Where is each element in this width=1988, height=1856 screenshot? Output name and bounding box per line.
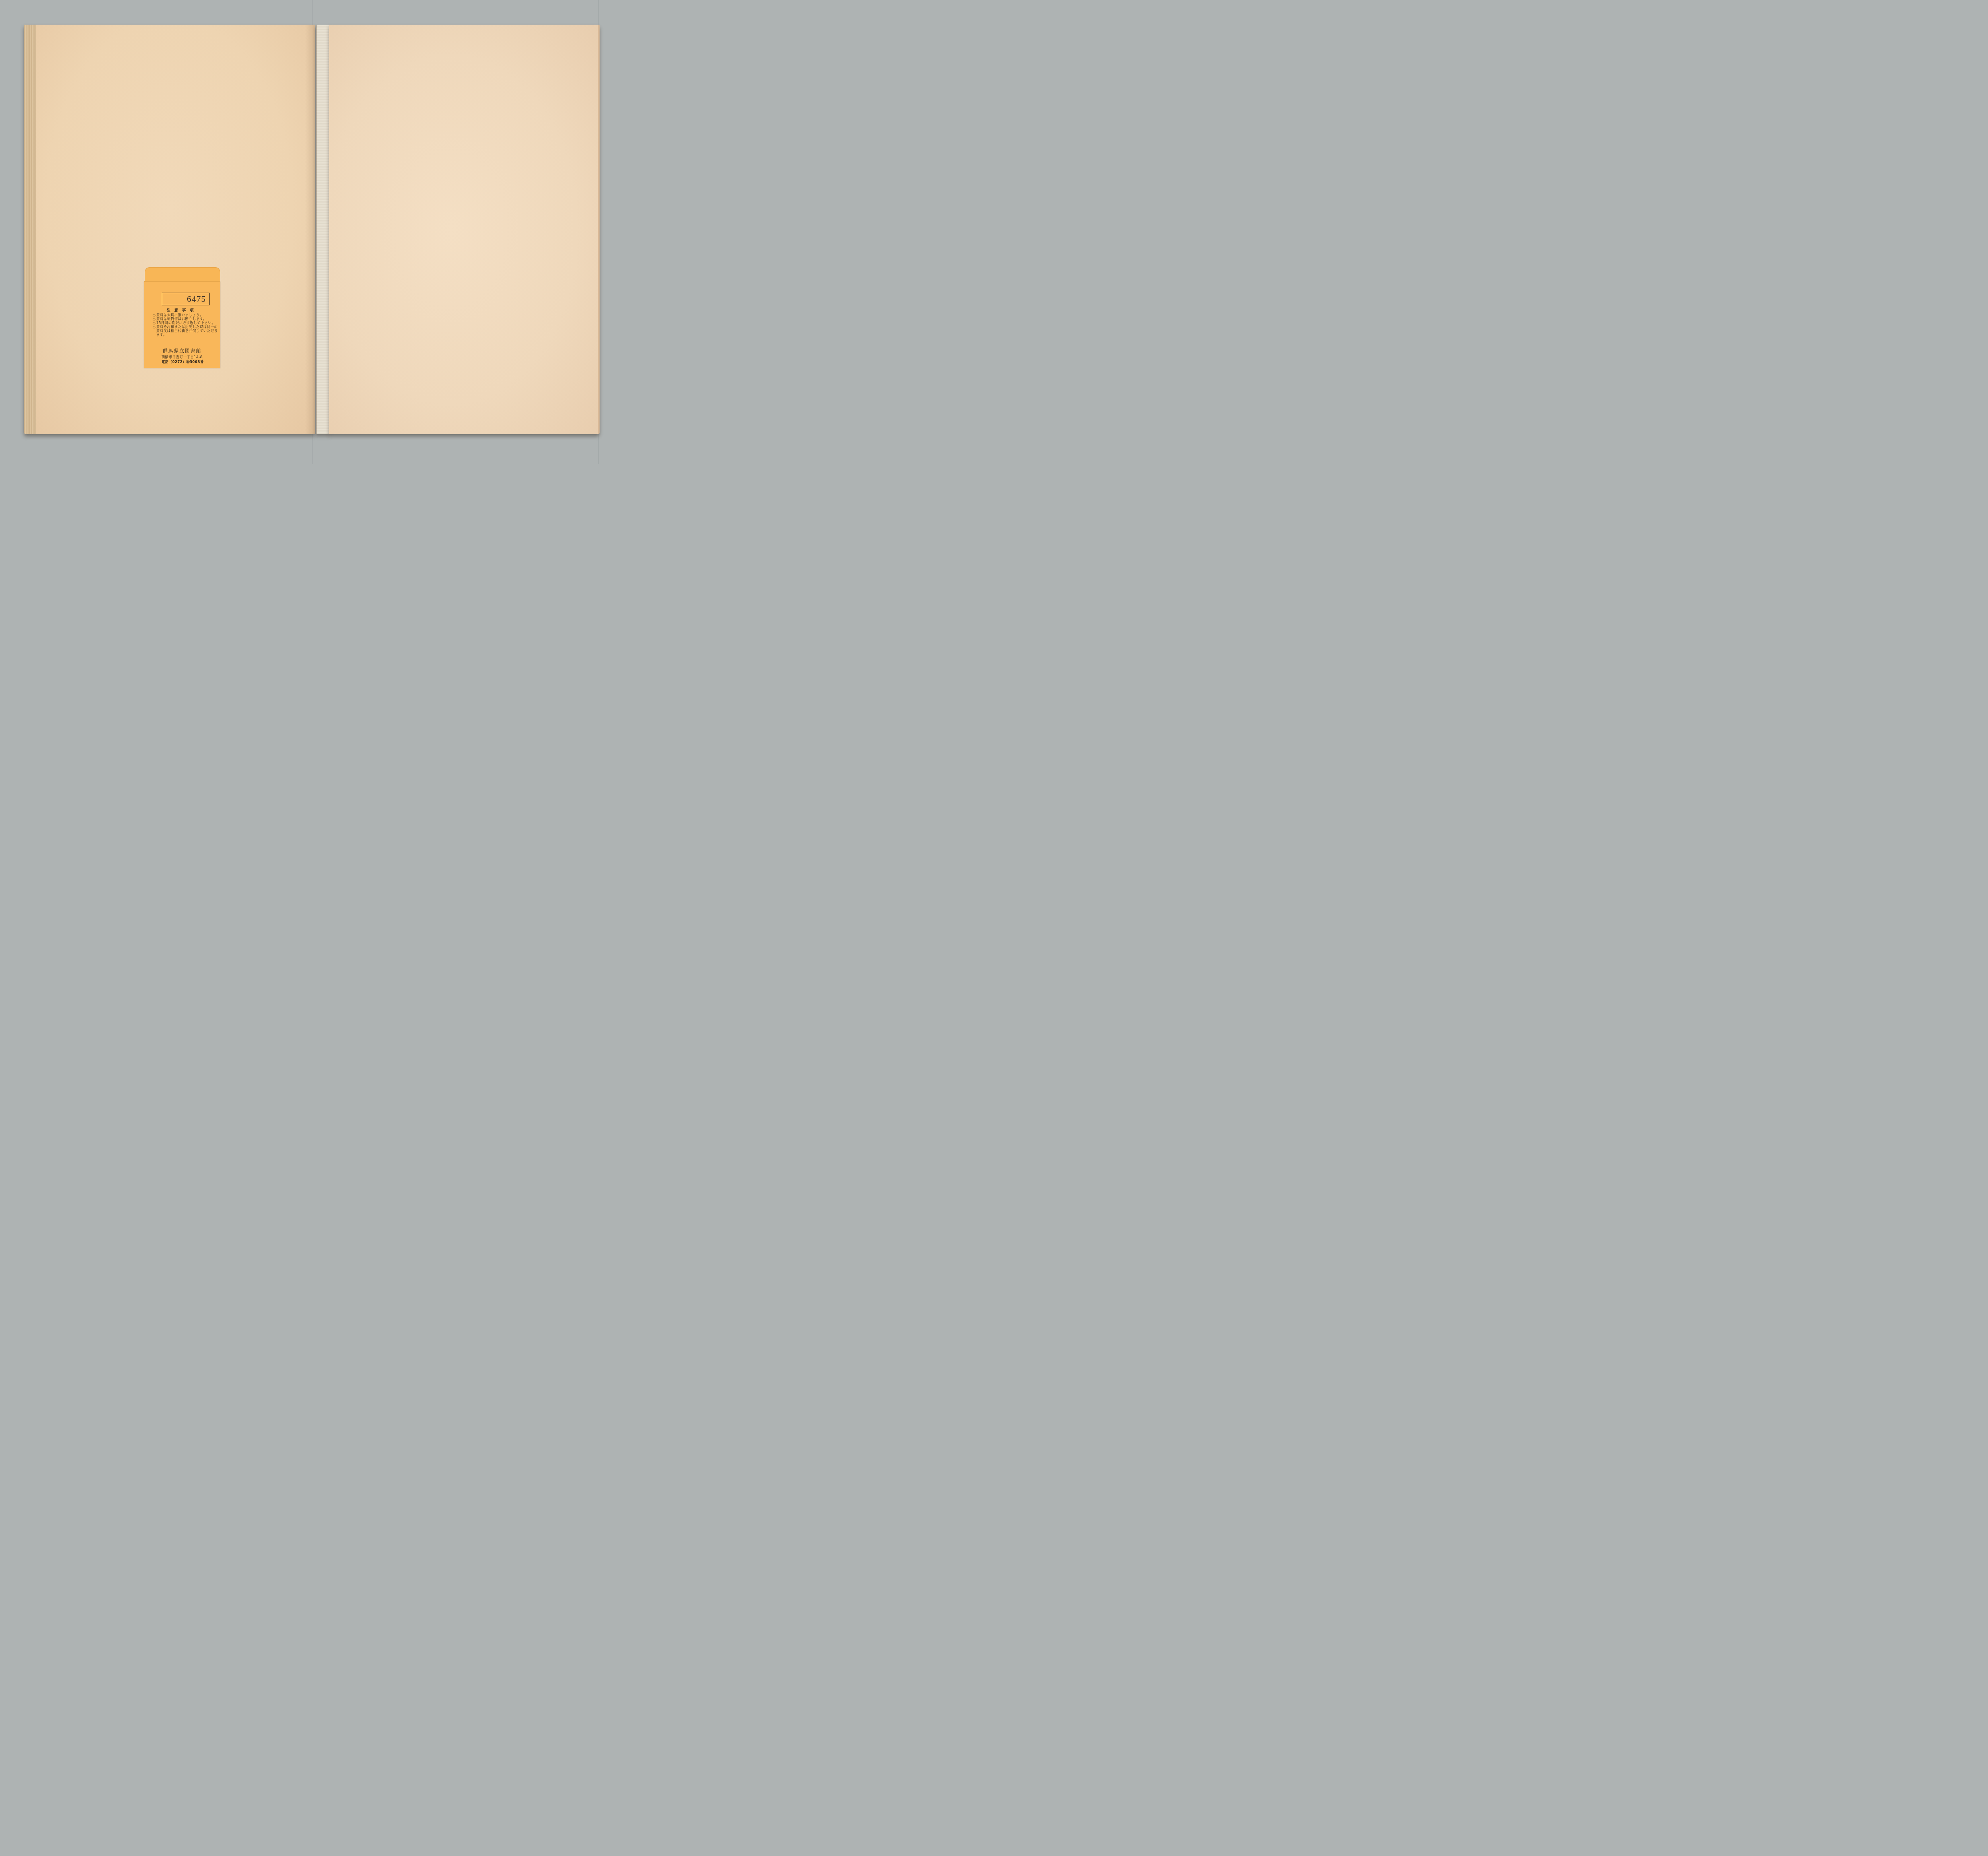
notice-title: 注意事項 — [144, 307, 220, 313]
notice-list: 資料は大切に扱いましょう。 資料は転貸借はお断りします。 15日間の期限に必ず返… — [153, 313, 220, 337]
right-page — [329, 25, 600, 434]
library-card-pocket: 6475 注意事項 資料は大切に扱いましょう。 資料は転貸借はお断りします。 1… — [144, 267, 220, 367]
notice-item: 資料は大切に扱いましょう。 — [153, 313, 220, 317]
pocket-front: 6475 注意事項 資料は大切に扱いましょう。 資料は転貸借はお断りします。 1… — [144, 281, 220, 368]
library-address: 前橋市日吉町一丁目14-8 — [161, 355, 202, 359]
open-book: 6475 注意事項 資料は大切に扱いましょう。 資料は転貸借はお断りします。 1… — [0, 0, 632, 464]
notice-item: 15日間の期限に必ず返して下さい。 — [153, 321, 220, 325]
left-page: 6475 注意事項 資料は大切に扱いましょう。 資料は転貸借はお断りします。 1… — [24, 25, 315, 434]
gutter-shadow — [305, 25, 315, 434]
call-number: 6475 — [162, 293, 210, 305]
notice-item: 資料は転貸借はお断りします。 — [153, 317, 220, 321]
notice-item: 資料を汚損または紛失した時は同一の資料又は相当代価を弁償していただきます。 — [153, 325, 220, 337]
library-phone: 電話（0272）㉛3008番 — [161, 359, 204, 364]
page-fore-edge — [598, 25, 600, 434]
page-fore-edge — [24, 25, 36, 434]
spine-cloth-tape — [316, 25, 330, 434]
library-name: 群馬県立図書館 — [144, 348, 220, 354]
